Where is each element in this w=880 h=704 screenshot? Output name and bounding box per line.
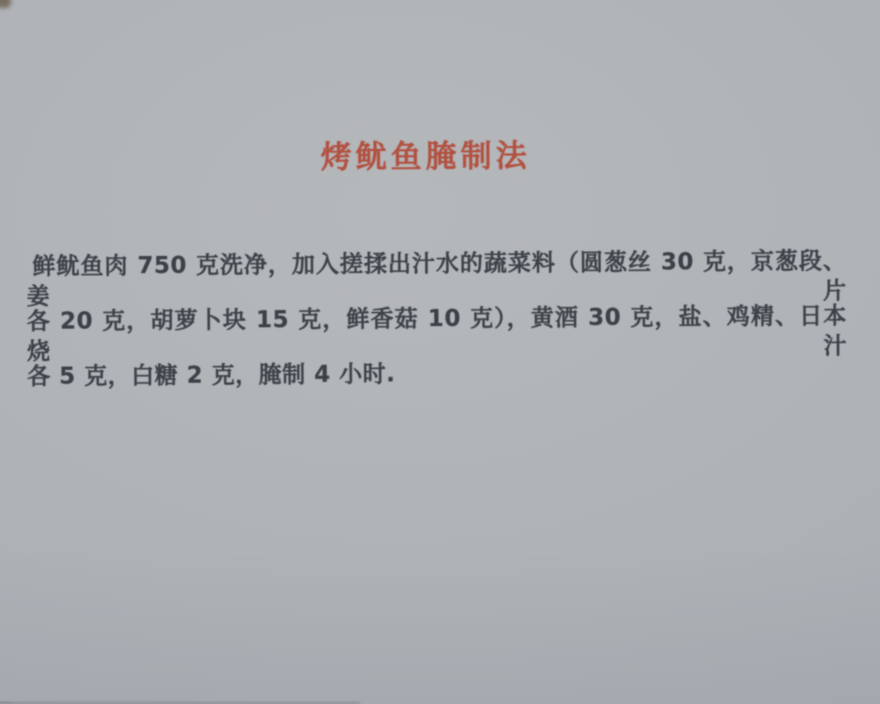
recipe-body: 鲜鱿鱼肉 750 克洗净，加入搓揉出汁水的蔬菜料（圆葱丝 30 克，京葱段、姜片… [26,246,847,417]
recipe-title: 烤鱿鱼腌制法 [0,136,866,178]
recipe-body-line: 鲜鱿鱼肉 750 克洗净，加入搓揉出汁水的蔬菜料（圆葱丝 30 克，京葱段、姜片 [26,246,846,307]
recipe-body-line: 各 5 克，白糖 2 克，腌制 4 小时. [27,356,847,417]
page-content: 烤鱿鱼腌制法 鲜鱿鱼肉 750 克洗净，加入搓揉出汁水的蔬菜料（圆葱丝 30 克… [0,0,880,417]
recipe-body-line: 各 20 克，胡萝卜块 15 克，鲜香菇 10 克），黄酒 30 克，盐、鸡精、… [27,301,847,362]
recipe-page-photo: 烤鱿鱼腌制法 鲜鱿鱼肉 750 克洗净，加入搓揉出汁水的蔬菜料（圆葱丝 30 克… [0,0,880,704]
